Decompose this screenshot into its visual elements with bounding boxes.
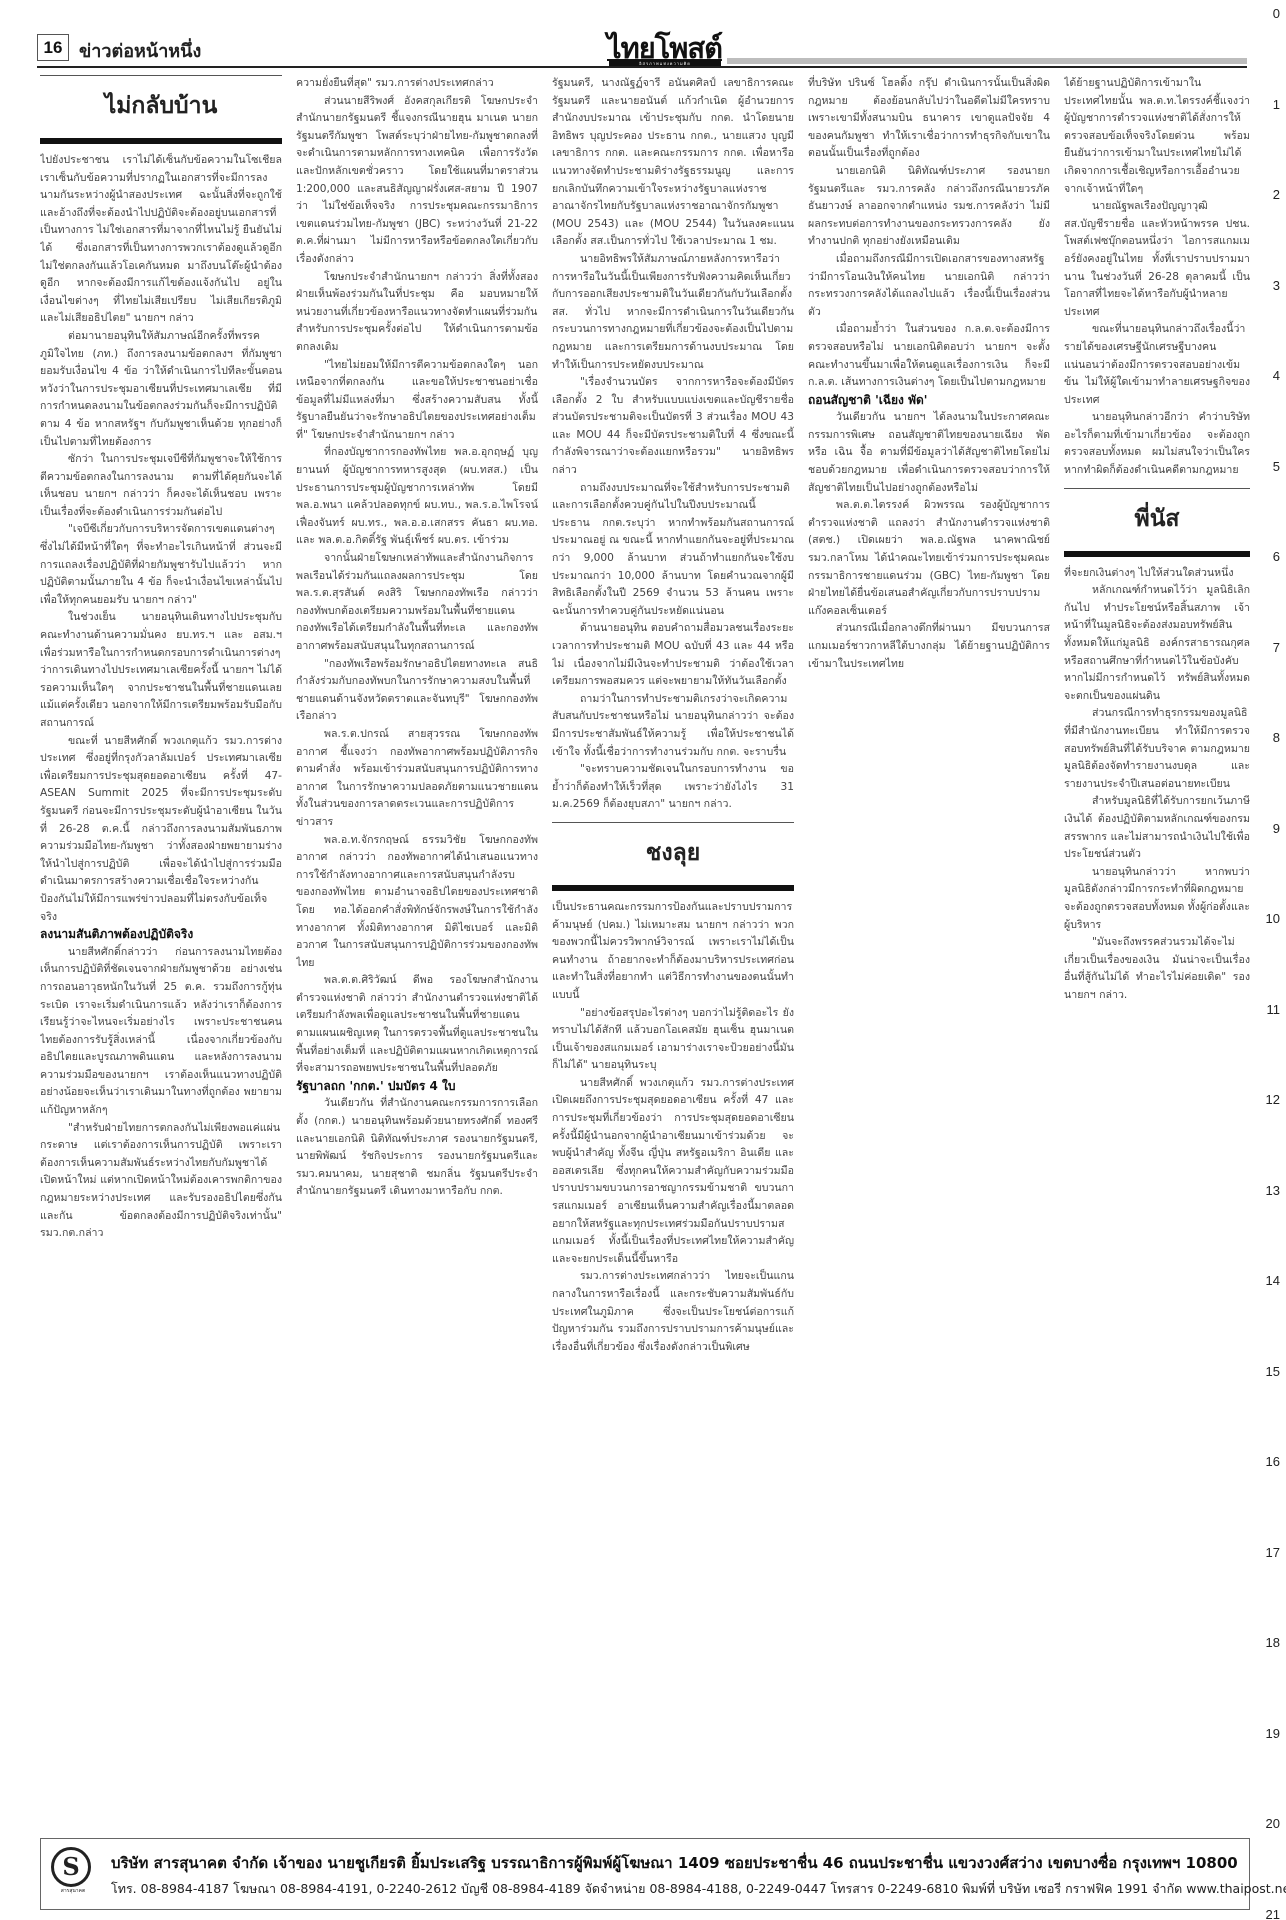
paragraph: นายสีหศักดิ์กล่าวว่า ก่อนการลงนามไทยต้อง… — [40, 944, 282, 1120]
ruler-mark: 3 — [1273, 278, 1280, 293]
ruler-mark: 19 — [1266, 1726, 1280, 1741]
column-4: ที่บริษัท ปรินซ์ โฮลดิ้ง กรุ๊ป ดำเนินการ… — [808, 75, 1050, 673]
page-ruler: 0123456789101112131415161718192021 — [1256, 0, 1286, 1920]
paragraph: วันเดียวกัน นายกฯ ได้ลงนามในประกาศคณะกรร… — [808, 409, 1050, 497]
paragraph: ส่วนกรณีการทำธุรกรรมของมูลนิธิ ที่มีสำนั… — [1064, 705, 1250, 793]
col5-body-2: ที่จะยกเงินต่างๆ ไปให้ส่วนใดส่วนหนึ่งหลั… — [1064, 565, 1250, 1005]
paragraph: วันเดียวกัน ที่สำนักงานคณะกรรมการการเลือ… — [296, 1095, 538, 1201]
ruler-mark: 7 — [1273, 640, 1280, 655]
ruler-mark: 14 — [1266, 1273, 1280, 1288]
paragraph: โฆษกประจำสำนักนายกฯ กล่าวว่า สิ่งที่ทั้ง… — [296, 269, 538, 357]
col1-body-2: นายสีหศักดิ์กล่าวว่า ก่อนการลงนามไทยต้อง… — [40, 944, 282, 1243]
paragraph: นายอนุทินกล่าวว่า หากพบว่ามูลนิธิดังกล่า… — [1064, 864, 1250, 934]
ruler-mark: 8 — [1273, 730, 1280, 745]
newspaper-page: 16 ข่าวต่อหน้าหนึ่ง ไทยโพสต์ อิสรภาพแห่ง… — [0, 0, 1250, 1920]
col2-body: ความยั่งยืนที่สุด" รมว.การต่างประเทศกล่า… — [296, 75, 538, 1078]
publisher-logo-icon: S — [51, 1847, 91, 1887]
paragraph: ความยั่งยืนที่สุด" รมว.การต่างประเทศกล่า… — [296, 75, 538, 93]
paragraph: ในช่วงเย็น นายอนุทินเดินทางไปประชุมกับคณ… — [40, 609, 282, 732]
paragraph: ได้ย้ายฐานปฏิบัติการเข้ามาในประเทศไทยนั้… — [1064, 75, 1250, 198]
subhead-peace-signing: ลงนามสันติภาพต้องปฏิบัติจริง — [40, 926, 282, 944]
page-header: 16 ข่าวต่อหน้าหนึ่ง ไทยโพสต์ อิสรภาพแห่ง… — [37, 34, 1247, 64]
paragraph: "เรื่องจำนวนบัตร จากการหารือจะต้องมีบัตร… — [552, 374, 794, 480]
box-title-phi-nat: พี่นัส — [1064, 488, 1250, 557]
paragraph: "เจบีซีเกี่ยวกับการบริหารจัดการเขตแดนต่า… — [40, 521, 282, 609]
box-title-chong-lui: ชงลุย — [552, 822, 794, 891]
col3-body-2: เป็นประธานคณะกรรมการป้องกันและปราบปรามกา… — [552, 899, 794, 1356]
ruler-mark: 4 — [1273, 368, 1280, 383]
ruler-mark: 5 — [1273, 459, 1280, 474]
column-2: ความยั่งยืนที่สุด" รมว.การต่างประเทศกล่า… — [296, 75, 538, 1201]
paragraph: รมว.การต่างประเทศกล่าวว่า ไทยจะเป็นแกนกล… — [552, 1268, 794, 1356]
paragraph: "จะทราบความชัดเจนในกรอบการทำงาน ขอย้ำว่า… — [552, 761, 794, 814]
paragraph: "อย่างข้อสรุปอะไรต่างๆ บอกว่าไม่รู้ติดอะ… — [552, 1005, 794, 1075]
ruler-mark: 13 — [1266, 1183, 1280, 1198]
paragraph: นายอิทธิพรให้สัมภาษณ์ภายหลังการหารือว่า … — [552, 251, 794, 374]
paragraph: ส่วนกรณีเมื่อกลางดึกที่ผ่านมา มีขบวนการส… — [808, 620, 1050, 673]
ruler-mark: 1 — [1273, 97, 1280, 112]
paragraph: พล.อ.ท.จักรกฤษณ์ ธรรมวิชัย โฆษกกองทัพอาก… — [296, 832, 538, 973]
ruler-mark: 2 — [1273, 187, 1280, 202]
ruler-mark: 16 — [1266, 1454, 1280, 1469]
col1-body: ไปยังประชาชน เราไม่ได้เซ็นกับข้อความในโซ… — [40, 152, 282, 926]
ruler-mark: 12 — [1266, 1092, 1280, 1107]
ruler-mark: 9 — [1273, 821, 1280, 836]
section-title: ข่าวต่อหน้าหนึ่ง — [79, 36, 201, 65]
paragraph: นายเอกนิติ นิติทัณฑ์ประภาศ รองนายกรัฐมนต… — [808, 163, 1050, 251]
subhead-ect-ballots: รัฐบาลถก 'กกต.' ปมบัตร 4 ใบ — [296, 1078, 538, 1096]
paragraph: ถามว่าในการทำประชามติเกรงว่าจะเกิดความสั… — [552, 691, 794, 761]
ruler-mark: 0 — [1273, 6, 1280, 21]
paragraph: พล.ต.ต.ศิริวัฒน์ ดีพอ รองโฆษกสำนักงานตำร… — [296, 972, 538, 1078]
paragraph: เมื่อถามย้ำว่า ในส่วนของ ก.ล.ต.จะต้องมีก… — [808, 321, 1050, 391]
paragraph: นายอนุทินกล่าวอีกว่า คำว่าบริษัทอะไรก็ตา… — [1064, 409, 1250, 479]
paragraph: สำหรับมูลนิธิที่ได้รับการยกเว้นภาษีเงินไ… — [1064, 793, 1250, 863]
paragraph: รัฐมนตรี, นางณัฐฏ์จารี อนันตศิลป์ เลขาธิ… — [552, 75, 794, 251]
publisher-logo-caption: สารสุนาคต — [51, 1887, 95, 1895]
box-title-mai-klap-baan: ไม่กลับบ้าน — [40, 75, 282, 144]
page-number: 16 — [37, 34, 69, 61]
ruler-mark: 21 — [1266, 1907, 1280, 1920]
paragraph: เมื่อถามถึงกรณีมีการเปิดเอกสารของทางสหรั… — [808, 251, 1050, 321]
paragraph: พล.ร.ต.ปกรณ์ สายสุวรรณ โฆษกกองทัพอากาศ ช… — [296, 726, 538, 832]
paragraph: ขณะที่ นายสีหศักดิ์ พวงเกตุแก้ว รมว.การต… — [40, 733, 282, 927]
paragraph: "กองทัพเรือพร้อมรักษาอธิปไตยทางทะเล สนธิ… — [296, 656, 538, 726]
header-rule — [37, 66, 1247, 68]
paragraph: นายณัฐพลเรืองปัญญาวุฒิ สส.บัญชีรายชื่อ แ… — [1064, 198, 1250, 321]
paragraph: ส่วนนายสีริพงศ์ อังคสกุลเกียรติ โฆษกประจ… — [296, 93, 538, 269]
ruler-mark: 11 — [1267, 1002, 1281, 1017]
paragraph: นายสีหศักดิ์ พวงเกตุแก้ว รมว.การต่างประเ… — [552, 1075, 794, 1269]
ruler-mark: 18 — [1266, 1635, 1280, 1650]
paragraph: ขณะที่นายอนุทินกล่าวถึงเรื่องนี้ว่า รายไ… — [1064, 321, 1250, 409]
paragraph: หลักเกณฑ์กำหนดไว้ว่า มูลนิธิเลิกกันไป ทำ… — [1064, 582, 1250, 705]
paragraph: ที่บริษัท ปรินซ์ โฮลดิ้ง กรุ๊ป ดำเนินการ… — [808, 75, 1050, 163]
paragraph: ไปยังประชาชน เราไม่ได้เซ็นกับข้อความในโซ… — [40, 152, 282, 328]
col5-body: ได้ย้ายฐานปฏิบัติการเข้ามาในประเทศไทยนั้… — [1064, 75, 1250, 480]
ruler-mark: 17 — [1266, 1545, 1280, 1560]
paragraph: ที่จะยกเงินต่างๆ ไปให้ส่วนใดส่วนหนึ่ง — [1064, 565, 1250, 583]
imprint-footer: S สารสุนาคต บริษัท สารสุนาคต จำกัด เจ้าข… — [40, 1838, 1250, 1910]
header-grey-bar — [727, 58, 1247, 64]
column-5: ได้ย้ายฐานปฏิบัติการเข้ามาในประเทศไทยนั้… — [1064, 75, 1250, 1005]
ruler-mark: 20 — [1266, 1816, 1280, 1831]
paragraph: ถามถึงงบประมาณที่จะใช้สำหรับการประชามติแ… — [552, 480, 794, 621]
paragraph: ที่กองบัญชาการกองทัพไทย พล.อ.อุกฤษฏ์ บุญ… — [296, 444, 538, 550]
paragraph: "ไทยไม่ยอมให้มีการตีความข้อตกลงใดๆ นอกเห… — [296, 357, 538, 445]
col3-body: รัฐมนตรี, นางณัฐฏ์จารี อนันตศิลป์ เลขาธิ… — [552, 75, 794, 814]
column-1: ไม่กลับบ้าน ไปยังประชาชน เราไม่ได้เซ็นกั… — [40, 75, 282, 1243]
paragraph: ต่อมานายอนุทินให้สัมภาษณ์อีกครั้งที่พรรค… — [40, 328, 282, 451]
thaipost-logo: ไทยโพสต์ อิสรภาพแห่งความคิด — [607, 34, 725, 68]
subhead: ถอนสัญชาติ 'เฉียง พัด' — [808, 392, 1050, 410]
imprint-line-2: โทร. 08-8984-4187 โฆษณา 08-8984-4191, 0-… — [111, 1879, 1286, 1899]
ruler-mark: 6 — [1273, 549, 1280, 564]
imprint-line-1: บริษัท สารสุนาคต จำกัด เจ้าของ นายชูเกีย… — [111, 1851, 1238, 1875]
col2-body-2: วันเดียวกัน ที่สำนักงานคณะกรรมการการเลือ… — [296, 1095, 538, 1201]
logo-wordmark: ไทยโพสต์ — [607, 34, 725, 62]
col4-body: ที่บริษัท ปรินซ์ โฮลดิ้ง กรุ๊ป ดำเนินการ… — [808, 75, 1050, 673]
paragraph: จากนั้นฝ่ายโฆษกเหล่าทัพและสำนักงานกิจการ… — [296, 550, 538, 656]
paragraph: ซักว่า ในการประชุมเจบีซีที่กัมพูชาจะให้ใ… — [40, 451, 282, 521]
paragraph: พล.ต.ต.ไตรรงค์ ผิวพรรณ รองผู้บัญชาการตำร… — [808, 497, 1050, 620]
publisher-logo: S สารสุนาคต — [51, 1847, 95, 1901]
paragraph: "สำหรับฝ่ายไทยการตกลงกันไม่เพียงพอแค่แผ่… — [40, 1120, 282, 1243]
ruler-mark: 15 — [1266, 1364, 1280, 1379]
paragraph: ด้านนายอนุทิน ตอบคำถามสื่อมวลชนเรื่องระย… — [552, 620, 794, 690]
ruler-mark: 10 — [1266, 911, 1280, 926]
paragraph: เป็นประธานคณะกรรมการป้องกันและปราบปรามกา… — [552, 899, 794, 1005]
column-3: รัฐมนตรี, นางณัฐฏ์จารี อนันตศิลป์ เลขาธิ… — [552, 75, 794, 1356]
paragraph: "มันจะถึงพรรคส่วนรวมได้จะไม่เกี่ยวเป็นเร… — [1064, 934, 1250, 1004]
